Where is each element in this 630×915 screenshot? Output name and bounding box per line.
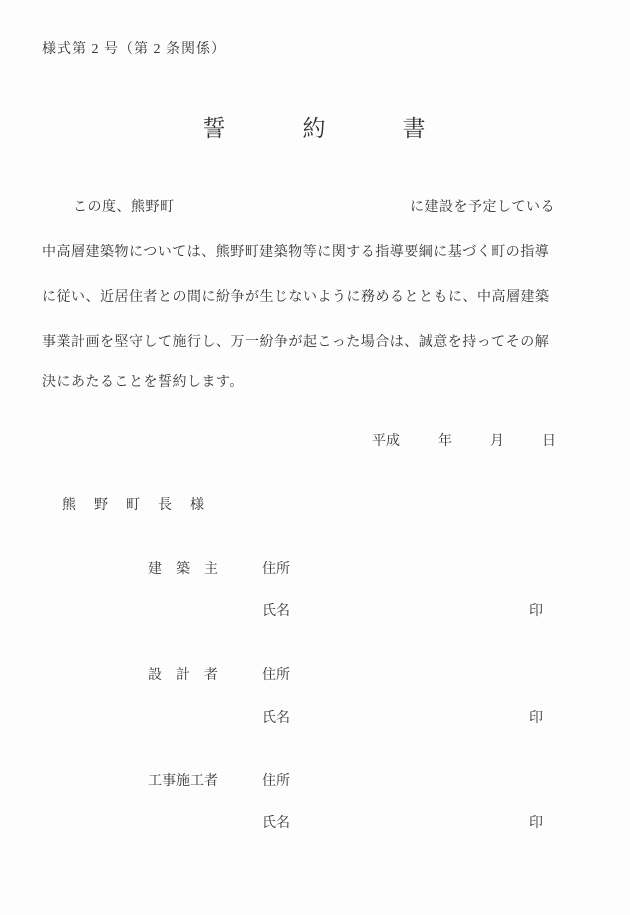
pledge-document-page: 様式第 2 号（第 2 条関係） 誓 約 書 この度、熊野町 に建設を予定してい… [0, 0, 630, 915]
body-line1-left-text: この度、熊野町 [42, 196, 175, 216]
designer-address-blank [300, 664, 520, 682]
date-line: 平成 年 月 日 [372, 430, 556, 450]
designer-name-label: 氏名 [262, 707, 290, 727]
addressee-town-mayor: 熊 野 町 長 様 [62, 494, 206, 514]
body-paragraph-line-5: 決にあたることを誓約します。 [42, 371, 555, 391]
building-owner-name-blank [300, 600, 520, 618]
contractor-address-blank [300, 770, 520, 788]
form-number: 様式第 2 号（第 2 条関係） [42, 38, 226, 58]
body-paragraph-line-2: 中高層建築物については、熊野町建築物等に関する指導要綱に基づく町の指導 [42, 241, 555, 261]
date-day-label: 日 [542, 430, 556, 450]
date-year-label: 年 [438, 430, 452, 450]
contractor-seal-label: 印 [529, 812, 543, 832]
date-month-label: 月 [490, 430, 504, 450]
designer-address-label: 住所 [262, 664, 290, 684]
document-title: 誓 約 書 [0, 110, 630, 143]
designer-seal-label: 印 [529, 707, 543, 727]
signature-role-building-owner: 建 築 主 [148, 558, 218, 578]
signature-role-designer: 設 計 者 [148, 664, 218, 684]
date-era-label: 平成 [372, 430, 400, 450]
building-owner-seal-label: 印 [529, 600, 543, 620]
building-owner-address-blank [300, 558, 520, 576]
body-line1-right-text: に建設を予定している [410, 196, 555, 216]
building-owner-name-label: 氏名 [262, 600, 290, 620]
body-paragraph-line-1: この度、熊野町 に建設を予定している [42, 196, 555, 216]
building-owner-address-label: 住所 [262, 558, 290, 578]
body-paragraph-line-3: に従い、近居住者との間に紛争が生じないように務めるとともに、中高層建築 [42, 286, 555, 306]
contractor-address-label: 住所 [262, 770, 290, 790]
contractor-name-label: 氏名 [262, 812, 290, 832]
body-paragraph-line-4: 事業計画を堅守して施行し、万一紛争が起こった場合は、誠意を持ってその解 [42, 331, 555, 351]
contractor-name-blank [300, 812, 520, 830]
designer-name-blank [300, 707, 520, 725]
signature-role-contractor: 工事施工者 [148, 770, 218, 790]
